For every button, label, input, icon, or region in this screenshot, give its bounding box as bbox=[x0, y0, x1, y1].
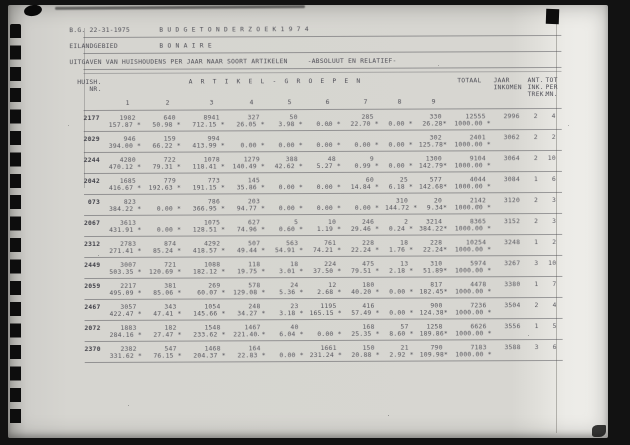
permille-cell: 431.91 * bbox=[109, 227, 147, 234]
spacer bbox=[75, 206, 109, 213]
permille-cell: 331.62 * bbox=[110, 353, 148, 360]
table-row: 2042168577977314560255774044308416416.67… bbox=[70, 176, 570, 195]
group-number: 5 bbox=[266, 99, 304, 106]
spacer bbox=[75, 227, 109, 234]
permille-cell: 0.00 * bbox=[385, 142, 419, 149]
permille-cell: 145.66 * bbox=[188, 310, 232, 317]
permille-cell: 0.00 * bbox=[272, 352, 310, 359]
permille-cell: 191.15 * bbox=[187, 184, 231, 191]
permille-cell: 14.84 * bbox=[347, 184, 385, 191]
permille-cell: 0.00 * bbox=[347, 142, 385, 149]
permille-cell: 50.98 * bbox=[147, 122, 187, 129]
group-number: 2 bbox=[142, 100, 182, 107]
permille-cell: 1000.00 * bbox=[453, 141, 497, 148]
row-permille: 416.67 *192.63 *191.15 *35.86 *0.00 *0.0… bbox=[75, 183, 575, 192]
row-divider bbox=[84, 150, 562, 153]
permille-cell: 37.50 * bbox=[309, 268, 347, 275]
permille-cell: 182.12 * bbox=[187, 268, 231, 275]
permille-cell: 6.18 * bbox=[385, 184, 419, 191]
permille-cell: 19.75 * bbox=[231, 268, 271, 275]
permille-cell: 384.22* bbox=[419, 225, 453, 232]
permille-cell: 22.24* bbox=[419, 246, 453, 253]
permille-cell: 1000.00 * bbox=[453, 288, 497, 295]
row-permille: 495.09 *85.06 *60.07 *129.08 *5.36 *2.68… bbox=[75, 288, 575, 297]
permille-cell: 470.12 * bbox=[109, 164, 147, 171]
table-row: 20299461599943022401306222394.00 *66.22 … bbox=[70, 134, 570, 153]
permille-cell: 0.00 * bbox=[386, 310, 420, 317]
header-line-1: B.G. 22-31-1975 B U D G E T O N D E R Z … bbox=[69, 25, 569, 34]
permille-cell: 118.41 * bbox=[187, 163, 231, 170]
spacer bbox=[75, 122, 109, 129]
spacer bbox=[75, 248, 109, 255]
permille-cell: 74.21 * bbox=[309, 247, 347, 254]
permille-cell: 20.88 * bbox=[348, 352, 386, 359]
row-permille: 284.16 *27.47 *233.62 *221.40 *6.04 *0.0… bbox=[76, 330, 576, 339]
spacer bbox=[76, 311, 110, 318]
permille-cell: 0.00 * bbox=[309, 184, 347, 191]
scanned-document: B.G. 22-31-1975 B U D G E T O N D E R Z … bbox=[0, 0, 630, 445]
row-divider bbox=[84, 255, 562, 258]
permille-cell: 85.24 * bbox=[147, 248, 187, 255]
permille-cell: 1000.00 * bbox=[454, 351, 498, 358]
permille-cell: 49.44 * bbox=[231, 247, 271, 254]
spacer bbox=[75, 143, 109, 150]
permille-cell: 124.38* bbox=[420, 309, 454, 316]
divider bbox=[83, 35, 561, 38]
permille-cell: 165.15 * bbox=[310, 310, 348, 317]
permille-cell: 0.00 * bbox=[271, 142, 309, 149]
table-row: 2059221738126957824121808174478338017495… bbox=[70, 281, 570, 300]
permille-cell: 2.92 * bbox=[386, 352, 420, 359]
permille-cell: 418.57 * bbox=[187, 247, 231, 254]
permille-cell: 0.99 * bbox=[347, 163, 385, 170]
permille-cell: 144.72 * bbox=[385, 205, 419, 212]
permille-cell: 384.22 * bbox=[109, 206, 147, 213]
document-stamp: B.G. 22-31-1975 bbox=[69, 27, 159, 34]
column-header-tot-per-mn: TOT PER MN. bbox=[544, 77, 562, 98]
spacer bbox=[76, 332, 110, 339]
permille-cell: 1.19 * bbox=[309, 226, 347, 233]
permille-cell: 74.96 * bbox=[231, 226, 271, 233]
row-divider bbox=[84, 276, 562, 279]
permille-cell: 0.00 * bbox=[385, 121, 419, 128]
row-divider bbox=[85, 339, 563, 342]
row-permille: 384.22 *0.00 *366.95 *94.77 *0.00 *0.00 … bbox=[75, 204, 575, 213]
permille-cell: 712.15 * bbox=[187, 121, 231, 128]
scan-artifact bbox=[592, 425, 606, 437]
permille-cell: 221.40 * bbox=[232, 331, 272, 338]
permille-cell: 26.05 * bbox=[231, 121, 271, 128]
permille-cell: 0.00 * bbox=[385, 289, 419, 296]
permille-cell: 47.41 * bbox=[148, 311, 188, 318]
permille-cell: 157.87 * bbox=[109, 122, 147, 129]
permille-cell: 5.36 * bbox=[271, 289, 309, 296]
permille-cell: 34.27 * bbox=[232, 310, 272, 317]
divider bbox=[83, 67, 561, 70]
table-row: 206736131075627510246232148365315223431.… bbox=[70, 218, 570, 237]
spacer bbox=[75, 185, 109, 192]
permille-cell: 192.63 * bbox=[147, 185, 187, 192]
permille-cell: 125.78* bbox=[419, 141, 453, 148]
permille-cell: 1000.00 * bbox=[453, 120, 497, 127]
table-row: 2072188318215481467401685712586626355615… bbox=[71, 323, 571, 342]
permille-cell: 42.62 * bbox=[271, 163, 309, 170]
permille-cell: 413.99 * bbox=[187, 142, 231, 149]
row-permille: 470.12 *79.31 *118.41 *140.49 *42.62 *5.… bbox=[75, 162, 575, 171]
permille-cell: 1000.00 * bbox=[453, 204, 497, 211]
permille-cell: 0.00 * bbox=[309, 142, 347, 149]
table-body: 2177198264089413275028533012555299624157… bbox=[70, 113, 571, 363]
permille-cell: 394.00 * bbox=[109, 143, 147, 150]
table-row: 2370238254714681641661150217907183358836… bbox=[71, 344, 571, 363]
divider bbox=[84, 108, 562, 111]
permille-cell: 231.24 * bbox=[310, 352, 348, 359]
table-row: 2312278387442925075637612281822810254324… bbox=[70, 239, 570, 258]
row-permille: 422.47 *47.41 *145.66 *34.27 *3.18 *165.… bbox=[76, 309, 576, 318]
permille-cell: 0.00 * bbox=[309, 121, 347, 128]
permille-cell: 416.67 * bbox=[109, 185, 147, 192]
permille-cell: 27.47 * bbox=[148, 332, 188, 339]
permille-cell: 8.60 * bbox=[386, 331, 420, 338]
table-row: 2177198264089413275028533012555299624157… bbox=[70, 113, 570, 132]
spacer bbox=[75, 269, 109, 276]
permille-cell: 76.15 * bbox=[148, 353, 188, 360]
permille-cell: 1000.00 * bbox=[454, 309, 498, 316]
group-number-row: 1 2 3 4 5 6 7 8 9 bbox=[70, 98, 570, 107]
header-line-3: UITGAVEN VAN HUISHOUDENS PER JAAR NAAR S… bbox=[69, 57, 569, 66]
permille-cell: 2.18 * bbox=[385, 268, 419, 275]
permille-cell: 1000.00 * bbox=[453, 225, 497, 232]
permille-cell: 22.24 * bbox=[347, 247, 385, 254]
permille-cell: 3.01 * bbox=[271, 268, 309, 275]
table-row: 2244428072210781279388489130091043064210… bbox=[70, 155, 570, 174]
permille-cell: 233.62 * bbox=[188, 331, 232, 338]
permille-cell: 422.47 * bbox=[110, 311, 148, 318]
permille-cell: 495.09 * bbox=[109, 290, 147, 297]
column-header-totaal: TOTAAL bbox=[448, 77, 492, 98]
column-header-jaar-inkomen: JAAR INKOMEN bbox=[492, 77, 526, 98]
typed-content: B.G. 22-31-1975 B U D G E T O N D E R Z … bbox=[69, 21, 570, 363]
permille-cell: 0.00 * bbox=[385, 163, 419, 170]
permille-cell: 6.04 * bbox=[272, 331, 310, 338]
permille-cell: 189.86* bbox=[420, 330, 454, 337]
spacer bbox=[76, 353, 110, 360]
row-divider bbox=[84, 129, 562, 132]
permille-cell: 0.00 * bbox=[147, 206, 187, 213]
permille-cell: 129.08 * bbox=[231, 289, 271, 296]
permille-cell: 9.34* bbox=[419, 204, 453, 211]
document-title: B U D G E T O N D E R Z O E K 1 9 7 4 bbox=[159, 26, 309, 34]
permille-cell: 85.06 * bbox=[147, 290, 187, 297]
divider bbox=[83, 51, 561, 54]
group-number: 3 bbox=[182, 99, 226, 106]
permille-cell: 22.70 * bbox=[347, 121, 385, 128]
group-number: 6 bbox=[304, 99, 342, 106]
permille-cell: 0.00 * bbox=[231, 142, 271, 149]
row-divider bbox=[84, 213, 562, 216]
permille-cell: 35.86 * bbox=[231, 184, 271, 191]
group-number: 8 bbox=[380, 99, 414, 106]
table-row: 073823786203310202142312023384.22 *0.00 … bbox=[70, 197, 570, 216]
column-header-ant-ink-trek: ANT. INK. TREK. bbox=[526, 77, 544, 98]
permille-cell: 29.46 * bbox=[347, 226, 385, 233]
permille-cell: 66.22 * bbox=[147, 143, 187, 150]
group-number: 4 bbox=[226, 99, 266, 106]
spacer bbox=[75, 164, 109, 171]
permille-cell: 0.00 * bbox=[271, 184, 309, 191]
group-number: 9 bbox=[414, 98, 448, 105]
permille-cell: 0.00 * bbox=[309, 205, 347, 212]
group-number: 7 bbox=[342, 99, 380, 106]
permille-cell: 3.98 * bbox=[271, 121, 309, 128]
row-permille: 431.91 *0.00 *128.51 *74.96 *0.60 *1.19 … bbox=[75, 225, 575, 234]
binding-holes bbox=[10, 24, 21, 430]
subtitle-note: -ABSOLUUT EN RELATIEF- bbox=[308, 58, 397, 65]
region-value: B O N A I R E bbox=[159, 42, 212, 49]
region-label: EILANDGEBIED bbox=[69, 43, 159, 50]
row-permille: 271.41 *85.24 *418.57 *49.44 *54.91 *74.… bbox=[75, 246, 575, 255]
permille-cell: 0.00 * bbox=[347, 205, 385, 212]
row-permille: 331.62 *76.15 *204.37 *22.83 *0.00 *231.… bbox=[76, 351, 576, 360]
spacer bbox=[75, 290, 109, 297]
permille-cell: 140.49 * bbox=[231, 163, 271, 170]
permille-cell: 79.51 * bbox=[347, 268, 385, 275]
permille-cell: 60.07 * bbox=[187, 289, 231, 296]
permille-cell: 271.41 * bbox=[109, 248, 147, 255]
permille-cell: 94.77 * bbox=[231, 205, 271, 212]
permille-cell: 57.49 * bbox=[348, 310, 386, 317]
permille-cell: 54.91 * bbox=[271, 247, 309, 254]
permille-cell: 1000.00 * bbox=[453, 183, 497, 190]
permille-cell: 128.51 * bbox=[187, 226, 231, 233]
table-row: 2467305734310542482311954169007236350424… bbox=[70, 302, 570, 321]
row-divider bbox=[84, 297, 562, 300]
permille-cell: 109.98* bbox=[420, 351, 454, 358]
row-divider bbox=[84, 171, 562, 174]
paper-specks bbox=[8, 5, 9, 6]
table-row: 2449300772110881181822447513310597432673… bbox=[70, 260, 570, 279]
permille-cell: 0.00 * bbox=[310, 331, 348, 338]
permille-cell: 25.35 * bbox=[348, 331, 386, 338]
permille-cell: 366.95 * bbox=[187, 205, 231, 212]
permille-cell: 5.27 * bbox=[309, 163, 347, 170]
group-number: 1 bbox=[104, 100, 142, 107]
permille-cell: 142.68* bbox=[419, 183, 453, 190]
row-divider bbox=[84, 192, 562, 195]
permille-cell: 142.79* bbox=[419, 162, 453, 169]
permille-cell: 503.35 * bbox=[109, 269, 147, 276]
row-permille: 503.35 *120.69 *182.12 *19.75 *3.01 *37.… bbox=[75, 267, 575, 276]
permille-cell: 0.24 * bbox=[385, 226, 419, 233]
row-permille: 394.00 *66.22 *413.99 *0.00 *0.00 *0.00 … bbox=[75, 141, 575, 150]
permille-cell: 40.20 * bbox=[347, 289, 385, 296]
permille-cell: 0.60 * bbox=[271, 226, 309, 233]
permille-cell: 22.83 * bbox=[232, 352, 272, 359]
table-header: HUISH. NR. A R T I K E L - G R O E P E N… bbox=[70, 77, 570, 100]
permille-cell: 3.18 * bbox=[272, 310, 310, 317]
row-divider bbox=[85, 318, 563, 321]
permille-cell: 1000.00 * bbox=[454, 330, 498, 337]
permille-cell: 284.16 * bbox=[110, 332, 148, 339]
permille-cell: 26.28* bbox=[419, 120, 453, 127]
divider bbox=[83, 71, 561, 74]
header-line-2: EILANDGEBIED B O N A I R E bbox=[69, 41, 569, 50]
permille-cell: 182.45* bbox=[419, 288, 453, 295]
subtitle: UITGAVEN VAN HUISHOUDENS PER JAAR NAAR S… bbox=[69, 58, 287, 66]
row-divider bbox=[84, 234, 562, 237]
permille-cell: 0.00 * bbox=[271, 205, 309, 212]
permille-cell: 0.00 * bbox=[147, 227, 187, 234]
column-header-artikel-groepen: A R T I K E L - G R O E P E N bbox=[104, 77, 448, 100]
permille-cell: 51.89* bbox=[419, 267, 453, 274]
permille-cell: 1000.00 * bbox=[453, 267, 497, 274]
permille-cell: 1.76 * bbox=[385, 247, 419, 254]
permille-cell: 2.68 * bbox=[309, 289, 347, 296]
permille-cell: 120.69 * bbox=[147, 269, 187, 276]
permille-cell: 79.31 * bbox=[147, 164, 187, 171]
permille-cell: 1000.00 * bbox=[453, 162, 497, 169]
column-header-huish-nr: HUISH. NR. bbox=[70, 79, 104, 100]
permille-cell: 1000.00 * bbox=[453, 246, 497, 253]
permille-cell: 204.37 * bbox=[188, 352, 232, 359]
row-permille: 157.87 *50.98 *712.15 *26.05 *3.98 *0.00… bbox=[75, 120, 575, 129]
